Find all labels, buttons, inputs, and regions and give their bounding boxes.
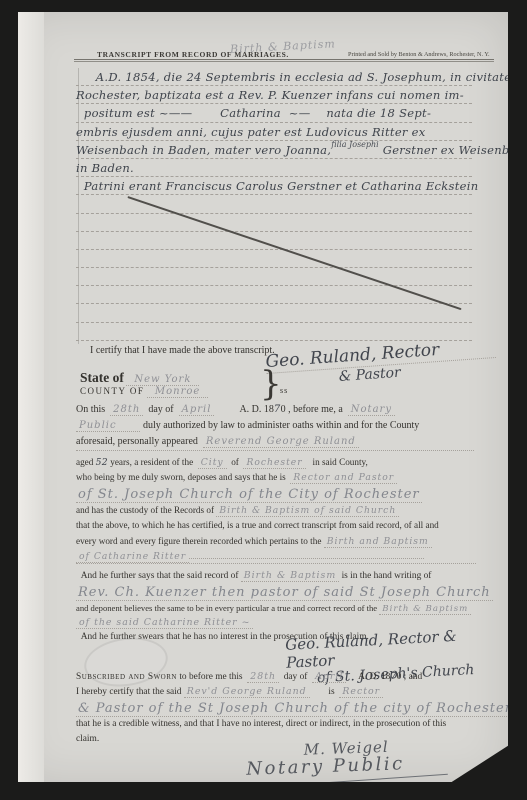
jurat-ss: ss: [280, 386, 288, 395]
header-rule: [74, 59, 494, 62]
signature-flourish: [318, 784, 438, 791]
oath-paragraph: On this 28th day of April A. D. 1870 , b…: [76, 402, 480, 449]
scan-background: TRANSCRIPT FROM RECORD OF MARRIAGES. Bir…: [0, 0, 527, 800]
record-line: in Baden.: [76, 159, 472, 177]
record-line: embris ejusdem anni, cujus pater est Lud…: [76, 123, 472, 141]
state-of-label: State of: [80, 370, 124, 385]
dotted-rule: [76, 563, 476, 564]
ruled-line-empty: [76, 304, 472, 322]
county-label: COUNTY OF: [80, 386, 144, 396]
form-line: And he further says that the said record…: [76, 569, 480, 584]
form-line: Subscribed and Sworn to before me this 2…: [76, 669, 486, 684]
record-line: Rochester, baptizata est a Rev. P. Kuenz…: [76, 86, 472, 104]
state-of-row: State of New York: [80, 370, 208, 386]
record-line: A.D. 1854, die 24 Septembris in ecclesia…: [76, 68, 472, 86]
deposition-paragraph: aged 52 years, a resident of the City of…: [76, 455, 480, 564]
ruled-line-empty: [76, 250, 472, 268]
record-line: positum est ~—— Catharina ~— nata die 18…: [76, 104, 472, 122]
form-line: aged 52 years, a resident of the City of…: [76, 455, 480, 470]
form-line: Public duly authorized by law to adminis…: [76, 418, 480, 434]
form-line: who being by me duly sworn, deposes and …: [76, 470, 480, 485]
dotted-rule: [76, 450, 474, 451]
form-line: and has the custody of the Records of Bi…: [76, 503, 480, 518]
handwritten-record-category: Birth & Baptism: [230, 37, 336, 56]
document-sheet: TRANSCRIPT FROM RECORD OF MARRIAGES. Bir…: [18, 12, 508, 782]
record-line: Weisenbach in Baden, mater vero Joanna,f…: [76, 141, 472, 159]
form-line: aforesaid, personally appeared Reverend …: [76, 434, 480, 450]
ruled-line-empty: [76, 286, 472, 304]
form-line: On this 28th day of April A. D. 1870 , b…: [76, 402, 480, 418]
record-entry: A.D. 1854, die 24 Septembris in ecclesia…: [76, 68, 472, 341]
rector-signature-top: Geo. Ruland, Rector & Pastor: [265, 336, 497, 390]
certify-statement: I certify that I have made the above tra…: [90, 345, 275, 356]
form-line: Rev. Ch. Kuenzer then pastor of said St …: [76, 584, 480, 602]
form-line: that he is a credible witness, and that …: [76, 717, 486, 732]
form-line: of Catharine Ritter: [76, 549, 480, 564]
form-line: & Pastor of the St Joseph Church of the …: [76, 700, 486, 718]
jurat-brace: }: [260, 364, 282, 404]
printer-credit: Printed and Sold by Benton & Andrews, Ro…: [348, 51, 490, 58]
notary-signature: M. Weigel Notary Public: [245, 737, 405, 780]
form-line: and deponent believes the same to be in …: [76, 601, 480, 616]
ruled-line-empty: [76, 214, 472, 232]
form-line: every word and every figure therein reco…: [76, 534, 480, 549]
subscribed-paragraph: Subscribed and Sworn to before me this 2…: [76, 669, 486, 748]
ruled-line-empty: [76, 268, 472, 286]
sheet-left-edge: [18, 12, 44, 782]
state-of-value: New York: [126, 374, 199, 386]
county-row: COUNTY OF Monroe: [80, 386, 208, 397]
jurat-heading: State of New York COUNTY OF Monroe: [80, 370, 208, 397]
record-line: Patrini erant Franciscus Carolus Gerstne…: [76, 177, 472, 195]
ruled-line-empty: [76, 323, 472, 341]
county-value: Monroe: [147, 386, 208, 398]
form-line: that the above, to which he has certifie…: [76, 518, 480, 533]
form-line: of St. Joseph Church of the City of Roch…: [76, 486, 480, 504]
signature-line: Notary Public: [246, 753, 405, 780]
form-line: I hereby certify that the said Rev'd Geo…: [76, 684, 486, 699]
